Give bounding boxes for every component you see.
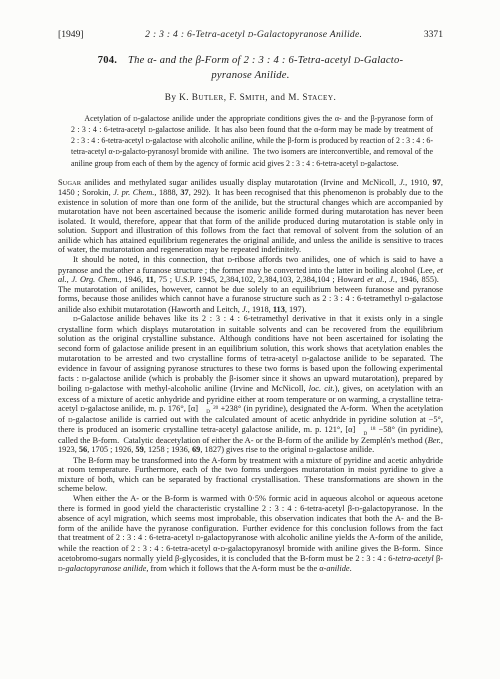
page-number: 3371	[424, 29, 443, 41]
journal-page: [1949] 2 : 3 : 4 : 6-Tetra-acetyl D-Gala…	[0, 0, 500, 679]
paragraph-5: When either the A- or the B-form is warm…	[58, 494, 443, 574]
header-year: [1949]	[58, 29, 84, 41]
byline: By K. BUTLER, F. SMITH, and M. STACEY.	[58, 92, 443, 102]
paragraph-4: The B-form may be transformed into the A…	[58, 456, 443, 494]
paragraph-3: D-Galactose anilide behaves like its 2 :…	[58, 314, 443, 456]
article-body: SUGAR anilides and methylated sugar anil…	[58, 178, 443, 575]
running-title: 2 : 3 : 4 : 6-Tetra-acetyl D-Galactopyra…	[145, 29, 362, 41]
page-header: [1949] 2 : 3 : 4 : 6-Tetra-acetyl D-Gala…	[58, 29, 443, 41]
article-title: 704. The α- and the β-Form of 2 : 3 : 4 …	[58, 54, 443, 83]
abstract: Acetylation of D-galactose anilide under…	[71, 114, 433, 169]
paragraph-1: SUGAR anilides and methylated sugar anil…	[58, 178, 443, 255]
paragraph-2: It should be noted, in this connection, …	[58, 255, 443, 314]
